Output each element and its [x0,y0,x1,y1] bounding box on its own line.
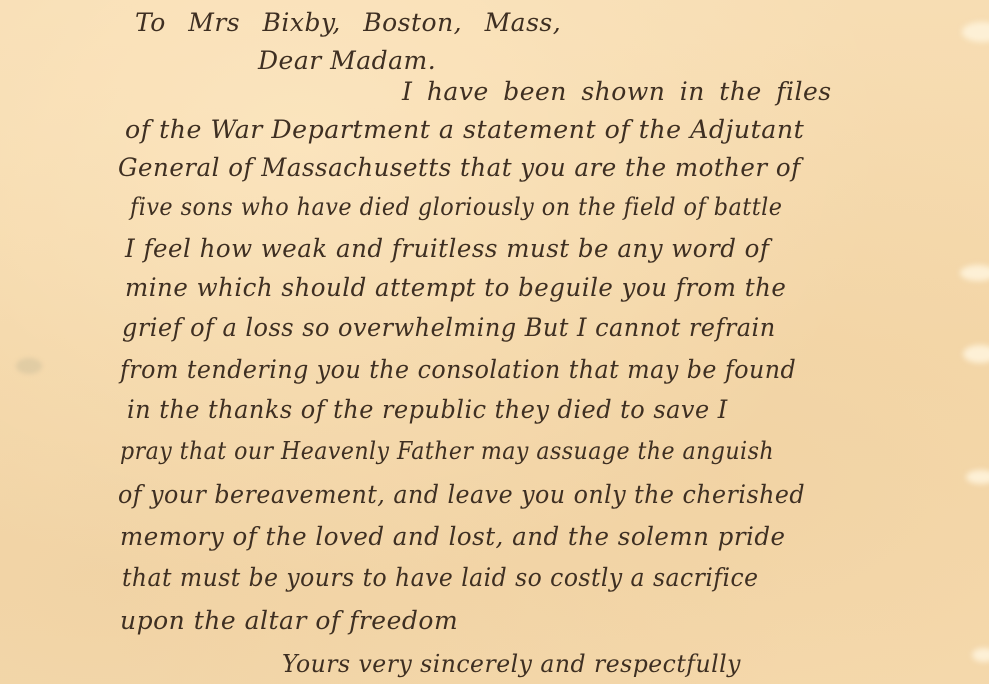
body-line: from tendering you the consolation that … [120,355,796,384]
body-line: grief of a loss so overwhelming But I ca… [122,313,776,342]
body-line: I have been shown in the files [402,77,832,106]
paper-spot [966,470,989,484]
address-line: To Mrs Bixby, Boston, Mass, [135,8,561,37]
letter-page: To Mrs Bixby, Boston, Mass, Dear Madam. … [0,0,989,684]
body-line: five sons who have died gloriously on th… [130,193,782,221]
paper-stain [16,358,42,374]
closing: Yours very sincerely and respectfully [282,650,741,678]
body-line: of your bereavement, and leave you only … [118,480,805,509]
body-line: mine which should attempt to beguile you… [125,273,786,302]
body-line: that must be yours to have laid so costl… [122,563,758,592]
paper-spot [960,265,989,281]
body-line: pray that our Heavenly Father may assuag… [120,437,774,465]
salutation: Dear Madam. [258,46,436,75]
body-line: I feel how weak and fruitless must be an… [125,234,769,263]
paper-spot [963,345,989,363]
body-line: General of Massachusetts that you are th… [118,153,801,182]
body-line: upon the altar of freedom [120,606,458,635]
body-line: of the War Department a statement of the… [125,115,804,144]
paper-spot [962,22,989,42]
body-line: in the thanks of the republic they died … [127,395,728,424]
paper-spot [972,648,989,662]
body-line: memory of the loved and lost, and the so… [120,522,786,551]
